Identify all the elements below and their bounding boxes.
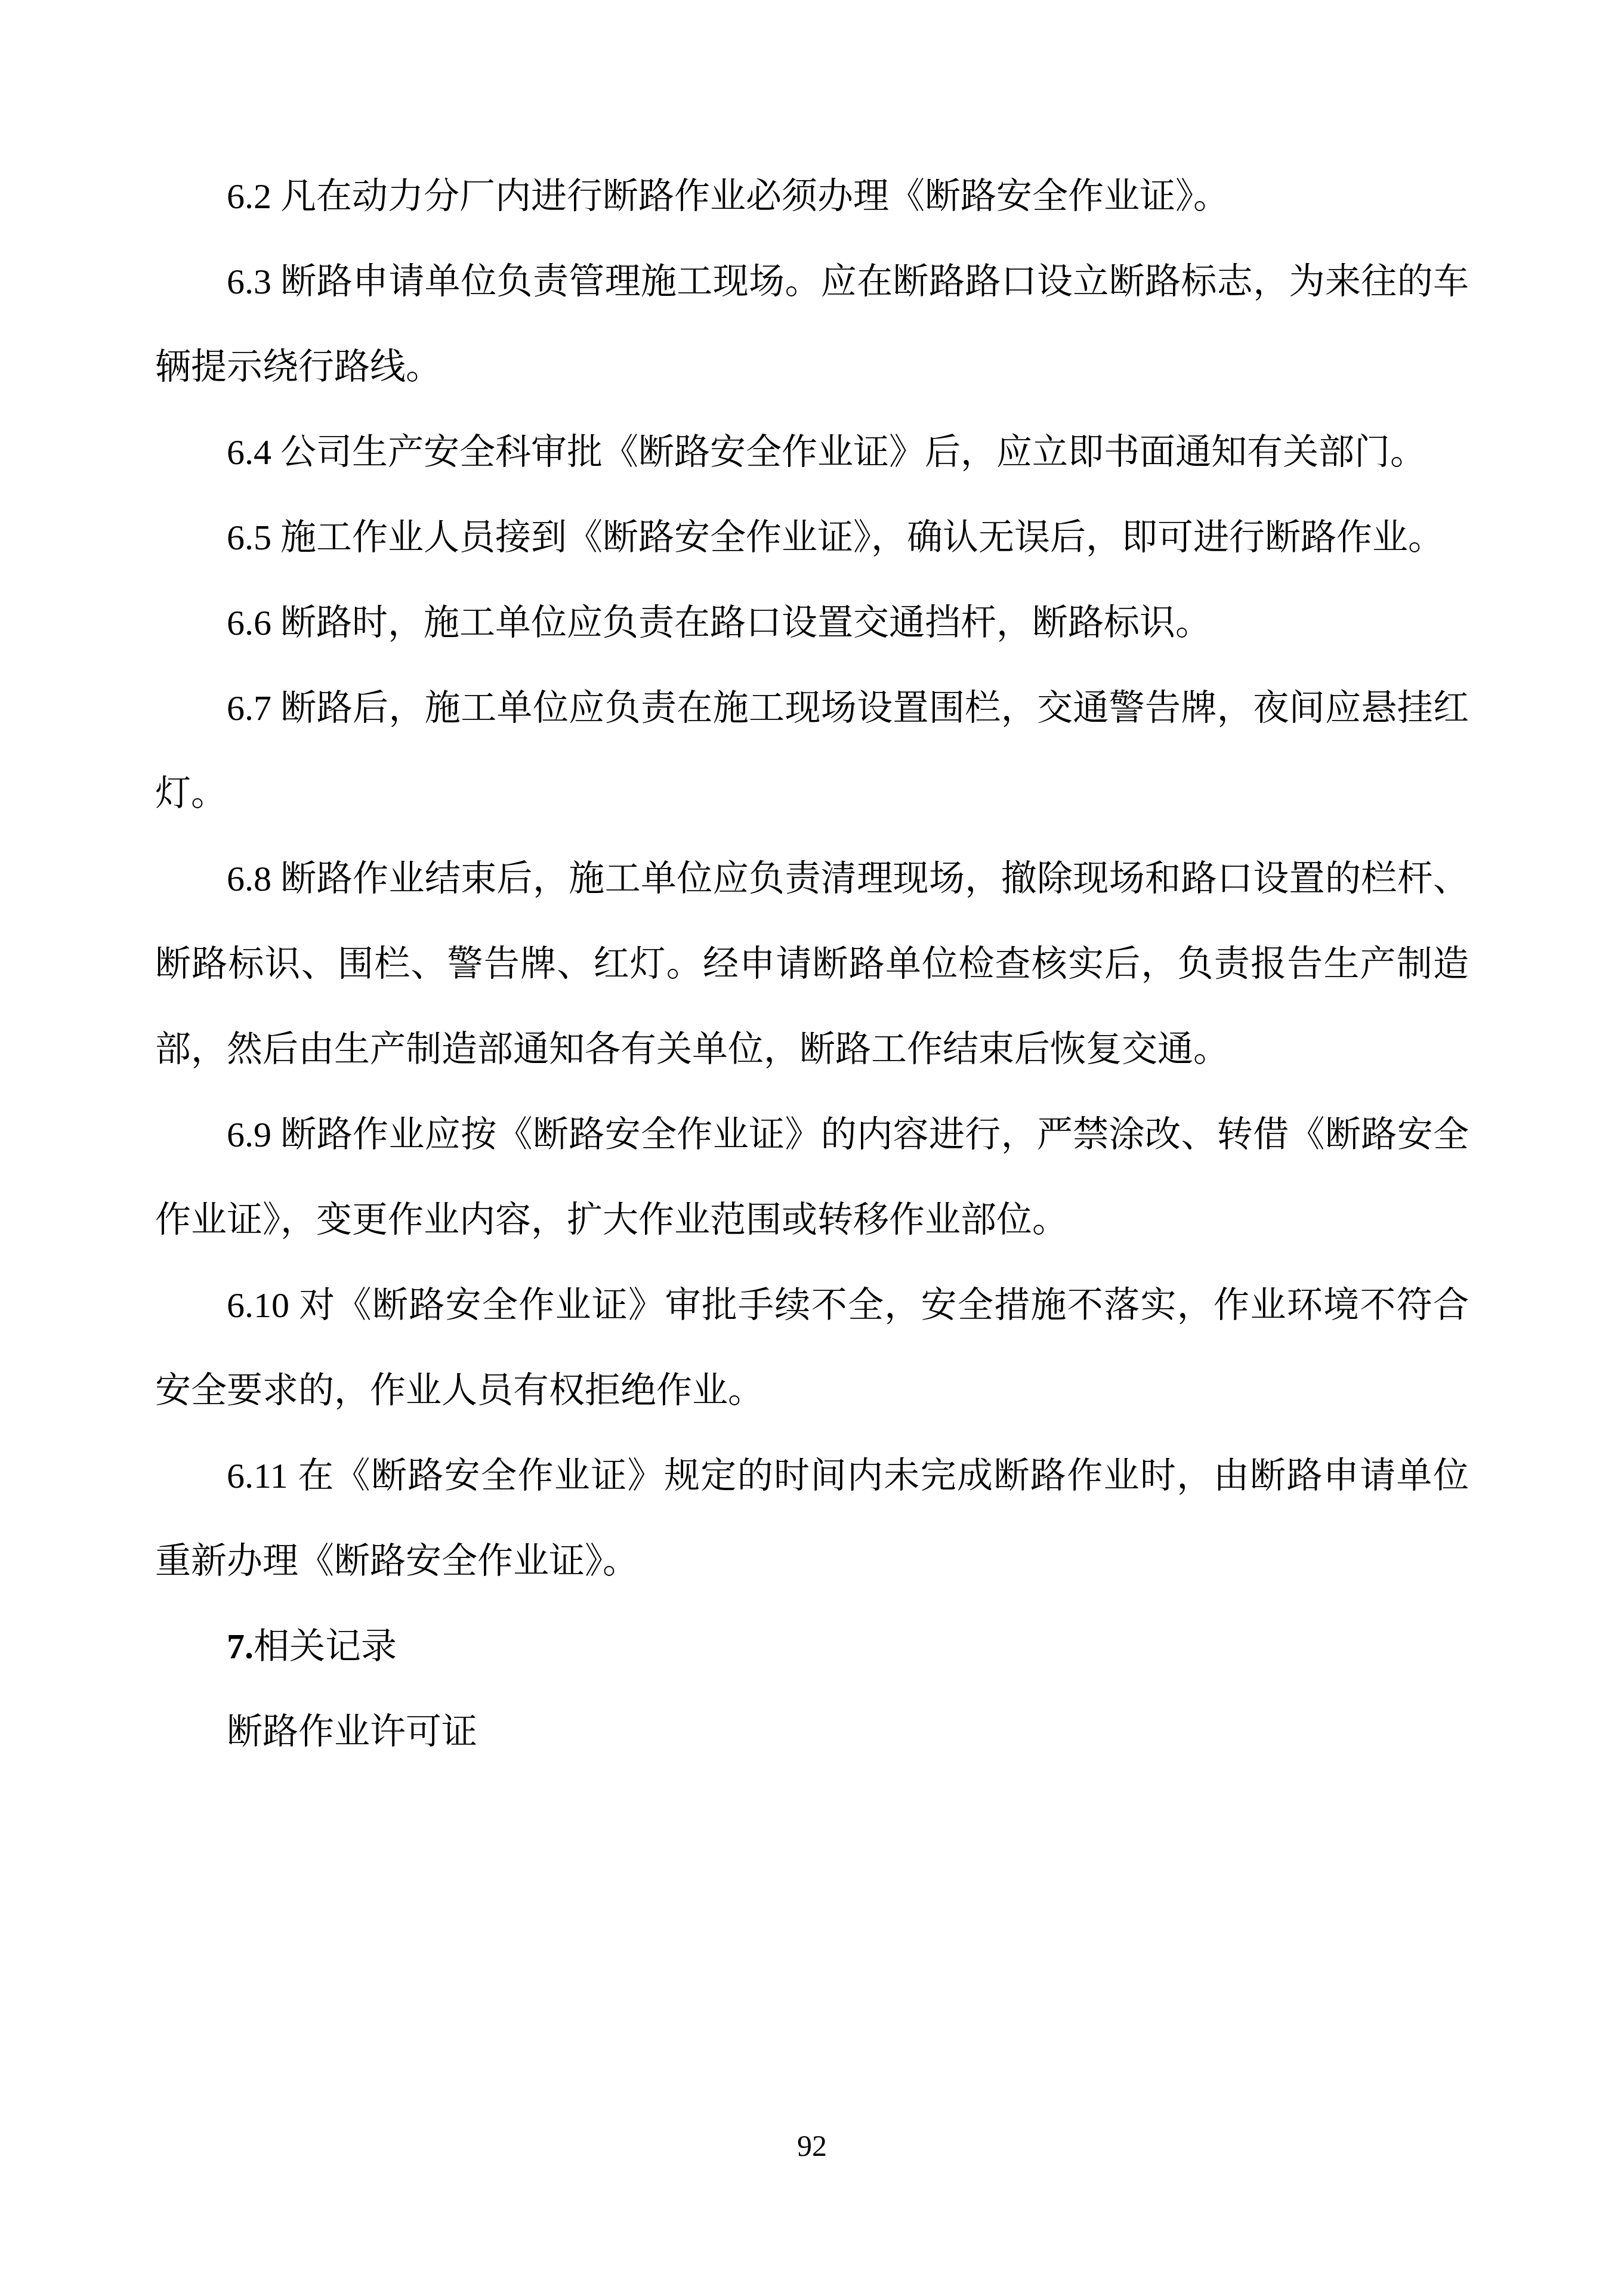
paragraph-6-2: 6.2 凡在动力分厂内进行断路作业必须办理《断路安全作业证》。 xyxy=(155,154,1469,239)
document-page: 6.2 凡在动力分厂内进行断路作业必须办理《断路安全作业证》。 6.3 断路申请… xyxy=(0,0,1624,2296)
heading-7: 7.相关记录 xyxy=(155,1604,1469,1689)
paragraph-6-5: 6.5 施工作业人员接到《断路安全作业证》，确认无误后，即可进行断路作业。 xyxy=(155,495,1469,580)
paragraph-6-3: 6.3 断路申请单位负责管理施工现场。应在断路路口设立断路标志，为来往的车辆提示… xyxy=(155,239,1469,410)
paragraph-6-6: 6.6 断路时，施工单位应负责在路口设置交通挡杆，断路标识。 xyxy=(155,580,1469,666)
paragraph-6-11: 6.11 在《断路安全作业证》规定的时间内未完成断路作业时，由断路申请单位重新办… xyxy=(155,1433,1469,1604)
paragraph-6-4: 6.4 公司生产安全科审批《断路安全作业证》后，应立即书面通知有关部门。 xyxy=(155,410,1469,495)
paragraph-6-10: 6.10 对《断路安全作业证》审批手续不全，安全措施不落实，作业环境不符合安全要… xyxy=(155,1263,1469,1433)
heading-7-title: 相关记录 xyxy=(254,1627,397,1666)
record-item: 断路作业许可证 xyxy=(155,1689,1469,1775)
page-number: 92 xyxy=(0,2131,1624,2161)
document-body: 6.2 凡在动力分厂内进行断路作业必须办理《断路安全作业证》。 6.3 断路申请… xyxy=(155,154,1469,1775)
heading-7-number: 7. xyxy=(227,1627,254,1666)
paragraph-6-8: 6.8 断路作业结束后，施工单位应负责清理现场，撤除现场和路口设置的栏杆、断路标… xyxy=(155,836,1469,1092)
paragraph-6-9: 6.9 断路作业应按《断路安全作业证》的内容进行，严禁涂改、转借《断路安全作业证… xyxy=(155,1092,1469,1263)
paragraph-6-7: 6.7 断路后，施工单位应负责在施工现场设置围栏，交通警告牌，夜间应悬挂红灯。 xyxy=(155,666,1469,836)
